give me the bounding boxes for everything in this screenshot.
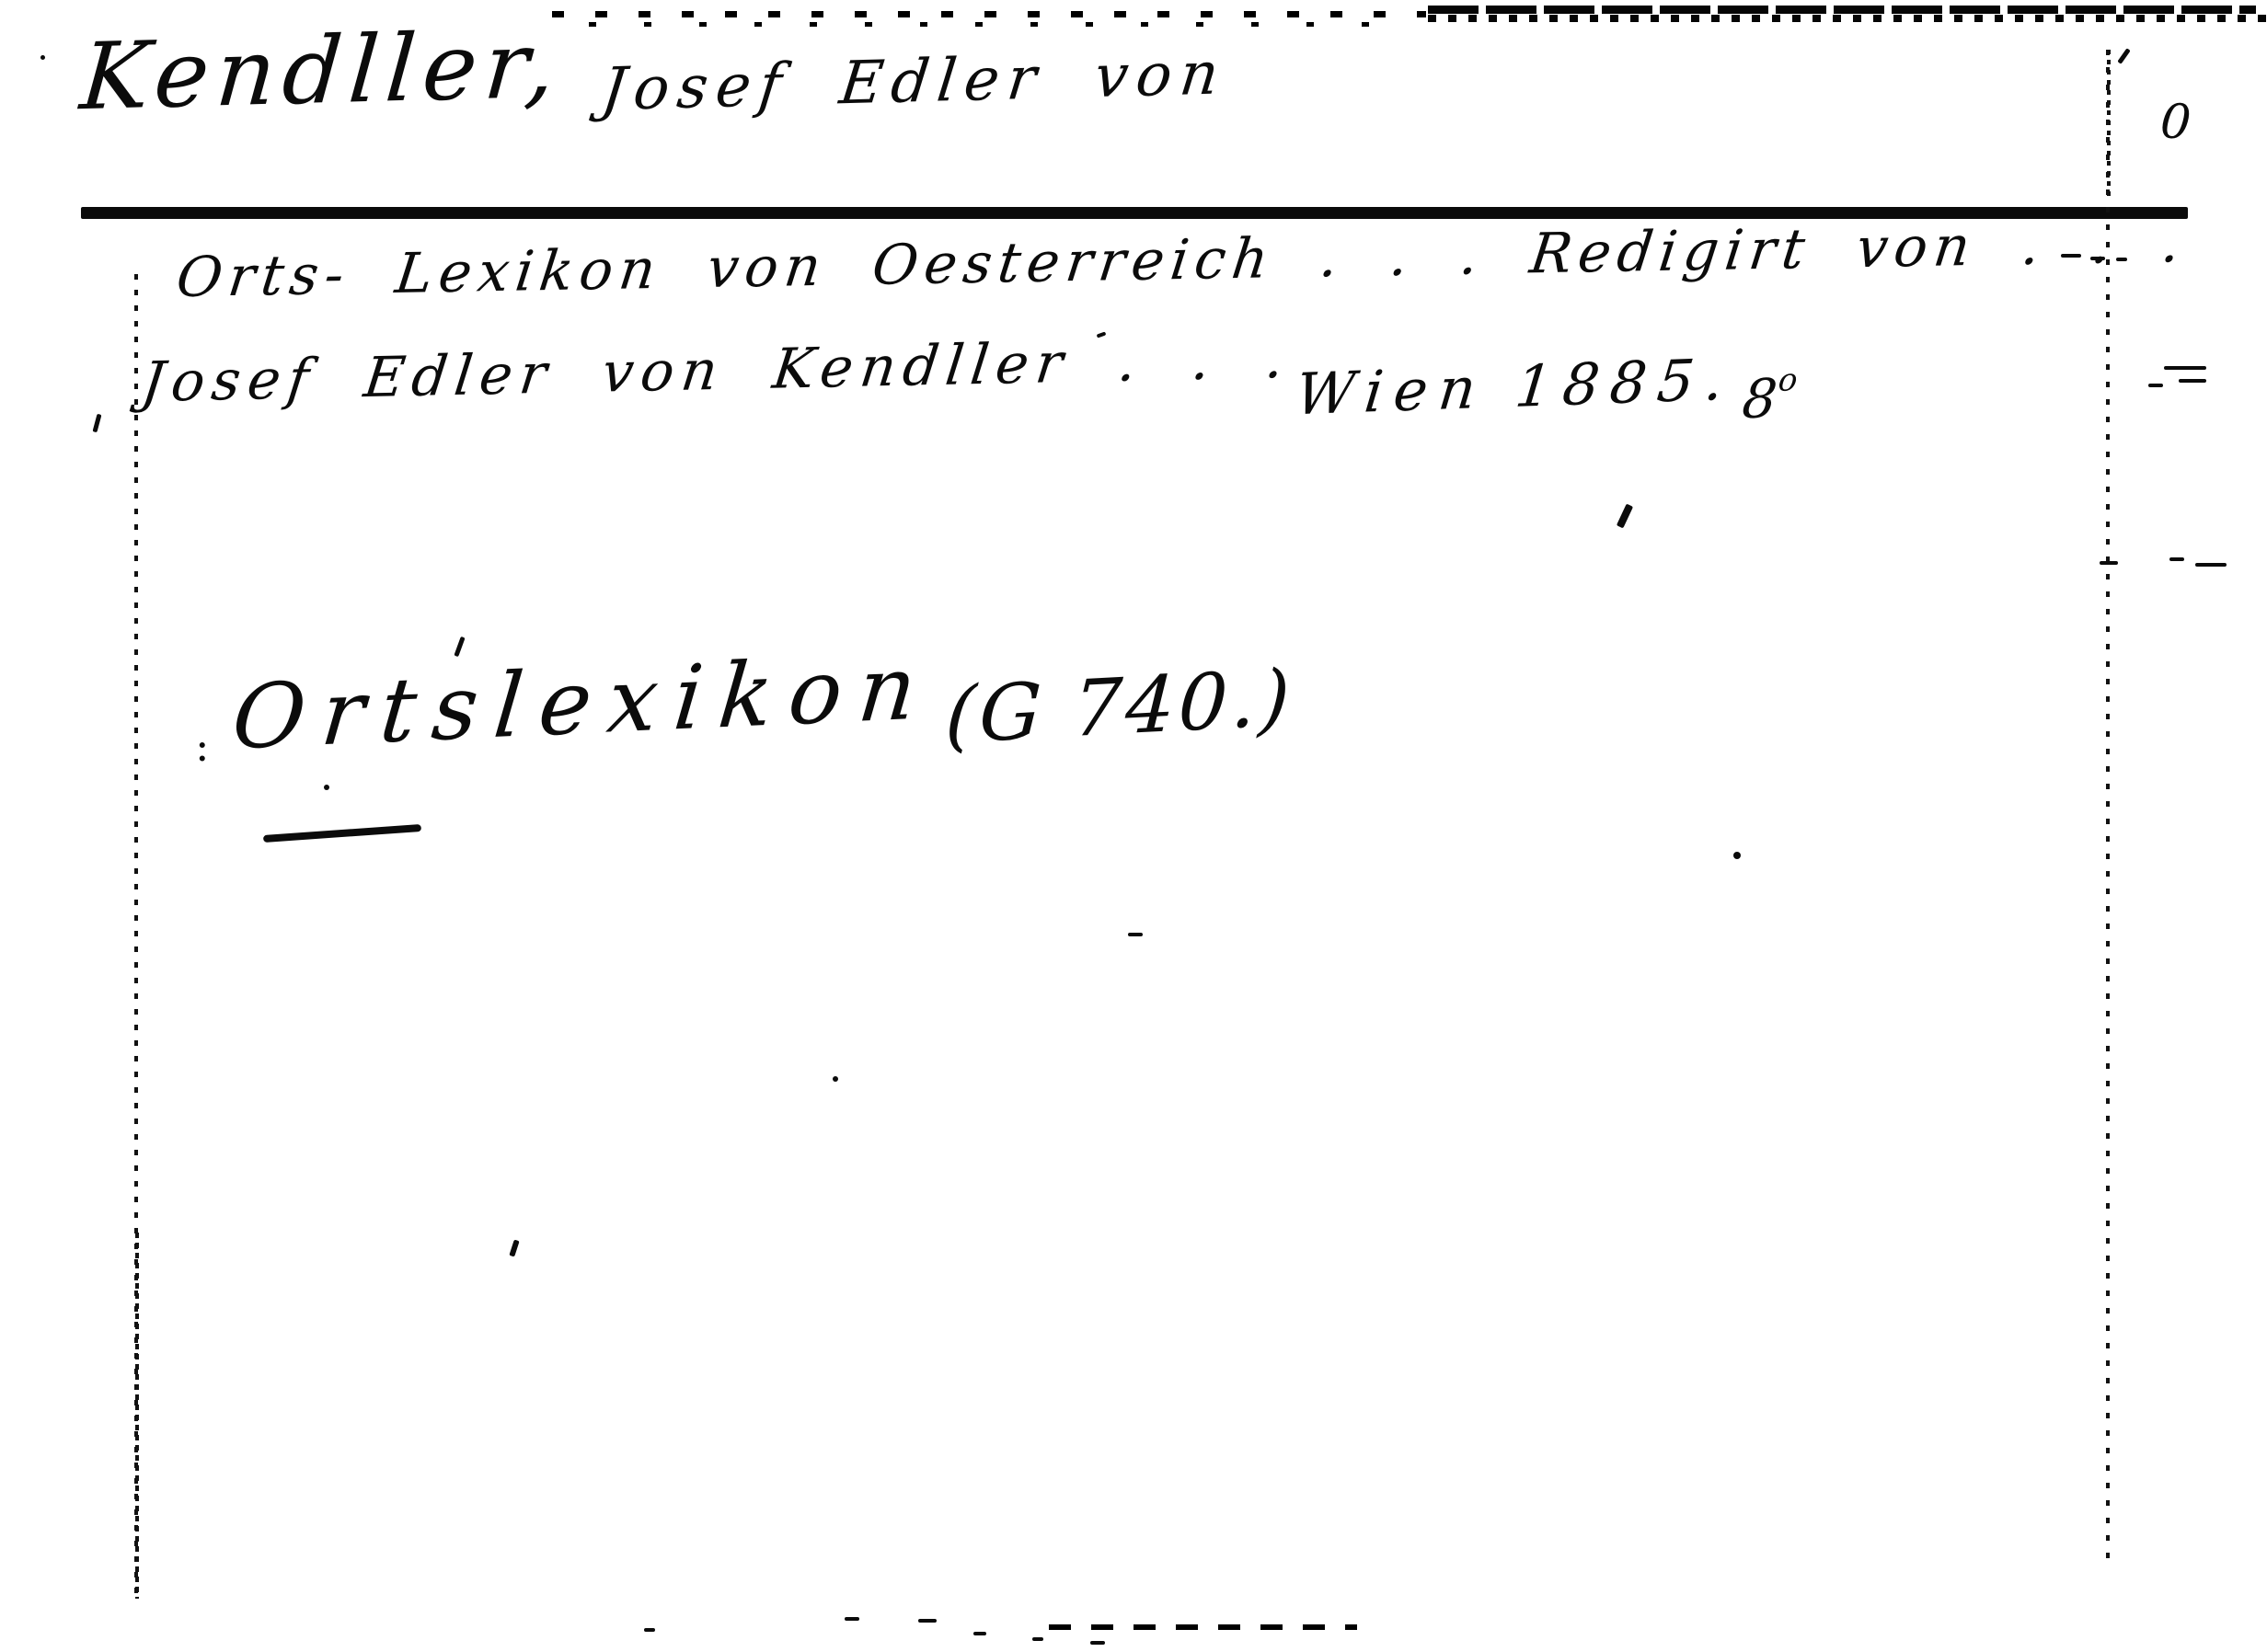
scan-noise-top (1428, 15, 2267, 22)
entry-line-1: Orts- Lexikon von Oesterreich . . . Redi… (174, 215, 2190, 305)
catalog-card: Kendller, Josef Edler von 0 Orts- Lexiko… (0, 0, 2267, 1652)
ink-speck (644, 1628, 655, 1632)
subject-underline-stroke (263, 824, 421, 843)
scan-noise-top (1428, 6, 2256, 14)
format-digit: 8 (1740, 367, 1780, 431)
ink-speck (2169, 557, 2184, 561)
ink-speck (2117, 48, 2130, 64)
ink-speck (2100, 561, 2118, 565)
heading-name-suffix: Josef Edler von (599, 44, 1230, 120)
ink-speck (2061, 254, 2081, 258)
subject-prefix-colon: : (195, 725, 210, 767)
ink-speck (324, 785, 329, 790)
ink-speck (2179, 379, 2206, 383)
ink-speck (2148, 384, 2163, 387)
ink-speck (1090, 1641, 1105, 1645)
scan-noise-top (589, 22, 1380, 27)
subject-shelf-reference: (G 740.) (944, 659, 1295, 754)
left-margin-dotted-line (135, 1233, 139, 1599)
ink-speck (1032, 1637, 1043, 1641)
ink-speck (454, 637, 465, 657)
ink-speck (92, 414, 101, 433)
ink-speck (973, 1632, 986, 1635)
ink-speck (2116, 258, 2127, 261)
subject-term: Ortslexikon (229, 643, 937, 763)
right-margin-dotted-line (2107, 50, 2111, 199)
ink-speck (833, 1076, 838, 1082)
ink-speck (1733, 852, 1741, 859)
entry-line-2-format: 8o (1740, 364, 1799, 426)
ink-speck (845, 1617, 859, 1621)
ink-speck (40, 55, 45, 60)
ink-speck (1128, 933, 1143, 936)
right-margin-dotted-line (2106, 50, 2110, 1569)
scan-noise-bottom (1049, 1624, 1357, 1630)
format-superscript: o (1777, 361, 1800, 399)
ink-speck (918, 1619, 937, 1623)
scan-noise-top (552, 11, 1426, 17)
entry-line-2-author: Josef Edler von Kendller . . . (139, 331, 1295, 410)
ink-speck (2164, 366, 2206, 370)
corner-numeral: 0 (2158, 98, 2192, 147)
heading-name: Kendller, (77, 18, 566, 123)
entry-line-2-imprint: Wien 1885. (1293, 350, 1737, 423)
ink-speck (1617, 504, 1633, 529)
ink-speck (2195, 563, 2227, 567)
ink-speck (509, 1240, 519, 1257)
ink-speck (2090, 257, 2105, 260)
